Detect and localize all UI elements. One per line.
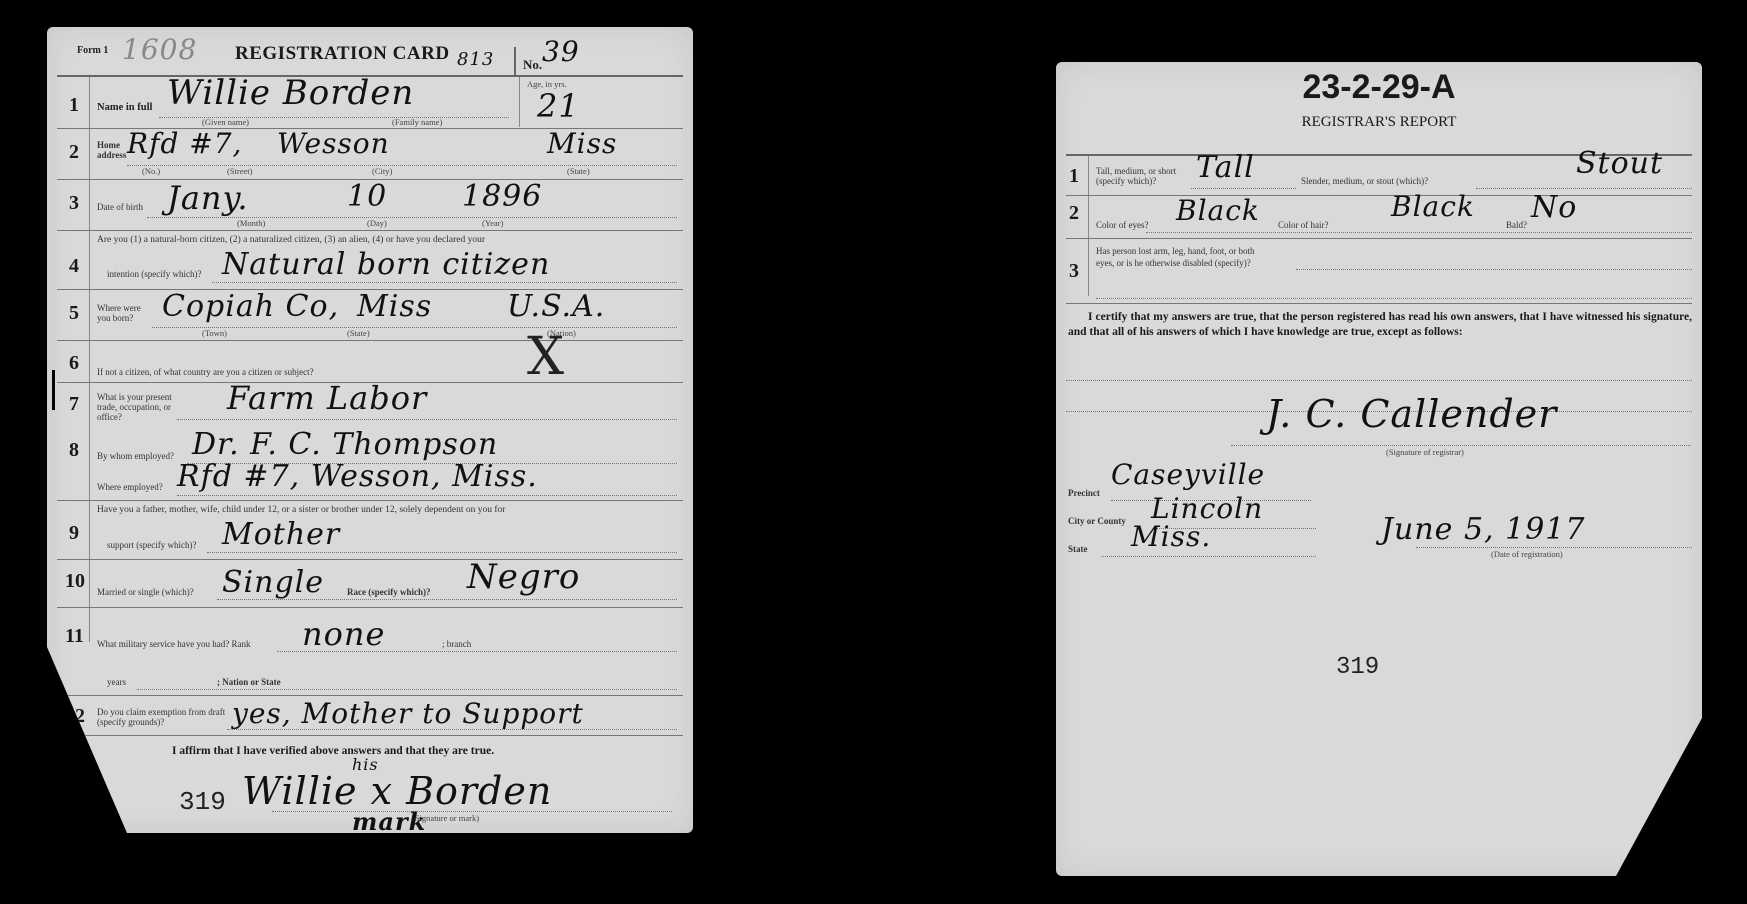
label-height: Tall, medium, or short (specify which)?: [1096, 166, 1196, 186]
rule: [57, 735, 683, 736]
label-build: Slender, medium, or stout (which)?: [1301, 176, 1428, 186]
rule: [57, 340, 683, 341]
row-number: 3: [69, 192, 79, 215]
value-hair-color: Black: [1391, 190, 1475, 223]
dotted-line: [137, 689, 677, 690]
label-hair-color: Color of hair?: [1278, 220, 1328, 230]
label-military-branch: ; branch: [442, 639, 471, 649]
dotted-line: [1296, 269, 1692, 270]
signature-line: [272, 811, 672, 812]
value-address-state: Miss: [547, 127, 617, 160]
label-occupation: What is your present trade, occupation, …: [97, 392, 177, 422]
label-exemption: Do you claim exemption from draft (speci…: [97, 707, 227, 727]
caption: (No.): [142, 166, 160, 176]
value-foreign-country: X: [527, 327, 565, 387]
number-column-divider: [1088, 156, 1089, 296]
dotted-line: [1476, 188, 1692, 189]
row-number: 9: [69, 522, 79, 545]
value-occupation: Farm Labor: [227, 379, 427, 417]
question-citizenship-2: intention (specify which)?: [107, 269, 201, 279]
caption: (Given name): [202, 117, 249, 127]
value-military-rank: none: [302, 615, 385, 653]
value-age: 21: [537, 87, 580, 125]
value-employer-location: Rfd #7, Wesson, Miss.: [177, 459, 538, 494]
label-bald: Bald?: [1506, 220, 1527, 230]
dotted-line: [127, 165, 677, 166]
row-number: 11: [65, 625, 84, 648]
dotted-line: [177, 495, 677, 496]
caption: (State): [567, 166, 590, 176]
label-dob: Date of birth: [97, 202, 143, 212]
row-number: 2: [1069, 202, 1079, 225]
date-caption: (Date of registration): [1491, 549, 1563, 559]
row-number: 5: [69, 302, 79, 325]
rule: [57, 695, 683, 696]
caption: (Day): [367, 218, 387, 228]
rule: [57, 500, 683, 501]
caption: (State): [347, 328, 370, 338]
dotted-line: [1066, 380, 1692, 381]
value-bald: No: [1531, 190, 1577, 225]
row-number: 10: [65, 570, 85, 593]
label-precinct: Precinct: [1068, 488, 1100, 498]
value-address-city: Wesson: [277, 127, 390, 160]
caption: (Year): [482, 218, 503, 228]
registration-card: Form 1 1608 REGISTRATION CARD 813 No. 39…: [47, 27, 693, 833]
margin-tick: [52, 370, 55, 410]
label-name: Name in full: [97, 102, 152, 113]
row-number: 4: [69, 255, 79, 278]
question-dependents-2: support (specify which)?: [107, 540, 196, 550]
no-label: No.: [523, 57, 542, 73]
dotted-line: [1416, 547, 1692, 548]
title-annotation: 813: [457, 49, 494, 70]
dotted-line: [147, 217, 677, 218]
row-number: 3: [1069, 260, 1079, 283]
report-code: 23-2-29-A: [1056, 68, 1702, 107]
affirmation-text: I affirm that I have verified above answ…: [172, 745, 494, 757]
row-number: 7: [69, 393, 79, 416]
dotted-line: [212, 282, 677, 283]
rule: [57, 230, 683, 231]
value-birth-nation: U.S.A.: [507, 289, 605, 324]
signature-line: [1231, 445, 1691, 446]
rule: [1066, 303, 1692, 304]
row-number: 8: [69, 439, 79, 462]
stamp-number: 319: [179, 787, 226, 817]
caption: (Month): [237, 218, 265, 228]
dotted-line: [152, 327, 677, 328]
value-race: Negro: [467, 557, 580, 597]
question-dependents: Have you a father, mother, wife, child u…: [97, 505, 505, 515]
label-employer-location: Where employed?: [97, 482, 163, 492]
row-number: 12: [65, 705, 85, 728]
value-marital-status: Single: [222, 565, 324, 600]
value-birth-state: Miss: [357, 289, 432, 324]
rule: [57, 559, 683, 560]
certification-text: I certify that my answers are true, that…: [1068, 310, 1692, 340]
value-address-no: Rfd #7,: [127, 127, 242, 160]
report-title: REGISTRAR'S REPORT: [1056, 114, 1702, 131]
card-title: REGISTRATION CARD: [235, 43, 450, 65]
row-number: 2: [69, 141, 79, 164]
label-military-nation: ; Nation or State: [217, 677, 281, 687]
title-divider: [514, 47, 516, 75]
signature-mark: mark: [352, 807, 426, 836]
label-foreign-country: If not a citizen, of what country are yo…: [97, 367, 314, 377]
registrars-report-card: 23-2-29-A REGISTRAR'S REPORT 1 Tall, med…: [1056, 62, 1702, 876]
value-dob-month: Jany.: [167, 179, 249, 217]
label-military-rank: What military service have you had? Rank: [97, 639, 250, 649]
question-citizenship: Are you (1) a natural-born citizen, (2) …: [97, 235, 485, 245]
value-height: Tall: [1196, 150, 1255, 185]
dotted-line: [217, 599, 677, 600]
label-eye-color: Color of eyes?: [1096, 220, 1148, 230]
row-number: 1: [69, 94, 79, 117]
dotted-line: [1101, 556, 1316, 557]
number-column-divider: [89, 77, 90, 642]
caption: (Street): [227, 166, 253, 176]
dotted-line: [1096, 298, 1692, 299]
label-disability-2: eyes, or is he otherwise disabled (speci…: [1096, 258, 1251, 268]
rule: [1066, 195, 1692, 196]
value-precinct: Caseyville: [1111, 458, 1265, 491]
label-marital-status: Married or single (which)?: [97, 587, 194, 597]
label-address: Home address: [97, 140, 127, 160]
dotted-line: [1146, 232, 1692, 233]
label-race: Race (specify which)?: [347, 587, 430, 597]
value-name: Willie Borden: [167, 73, 414, 113]
label-military-years: years: [107, 677, 126, 687]
registrar-signature: J. C. Callender: [1266, 392, 1557, 436]
label-disability: Has person lost arm, leg, hand, foot, or…: [1096, 246, 1254, 256]
dotted-line: [177, 419, 677, 420]
value-state: Miss.: [1131, 520, 1211, 553]
label-state: State: [1068, 544, 1088, 554]
label-county: City or County: [1068, 516, 1126, 526]
registrar-caption: (Signature of registrar): [1386, 447, 1464, 457]
serial-pencil: 1608: [122, 33, 197, 66]
label-birthplace: Where were you born?: [97, 303, 152, 323]
value-dependents: Mother: [222, 517, 340, 552]
rule: [1066, 238, 1692, 239]
value-build: Stout: [1576, 146, 1663, 181]
rule: [57, 607, 683, 608]
value-registration-date: June 5, 1917: [1381, 512, 1585, 547]
dotted-line: [277, 651, 677, 652]
dotted-line: [1191, 188, 1296, 189]
value-citizenship: Natural born citizen: [222, 247, 550, 282]
value-employer: Dr. F. C. Thompson: [192, 427, 498, 462]
value-eye-color: Black: [1176, 194, 1260, 227]
dotted-line: [207, 552, 677, 553]
row-number: 1: [1069, 165, 1079, 188]
value-birth-town: Copiah Co,: [162, 289, 339, 324]
row-number: 6: [69, 352, 79, 375]
form-label: Form 1: [77, 45, 108, 56]
no-value: 39: [542, 35, 580, 68]
caption: (City): [372, 166, 392, 176]
stamp-number: 319: [1336, 654, 1379, 681]
age-divider: [519, 77, 520, 127]
value-dob-year: 1896: [462, 179, 542, 214]
value-dob-day: 10: [347, 179, 387, 214]
value-exemption: yes, Mother to Support: [232, 697, 584, 730]
caption: (Family name): [392, 117, 442, 127]
label-employer: By whom employed?: [97, 451, 174, 461]
dotted-line: [227, 729, 677, 730]
caption: (Town): [202, 328, 227, 338]
